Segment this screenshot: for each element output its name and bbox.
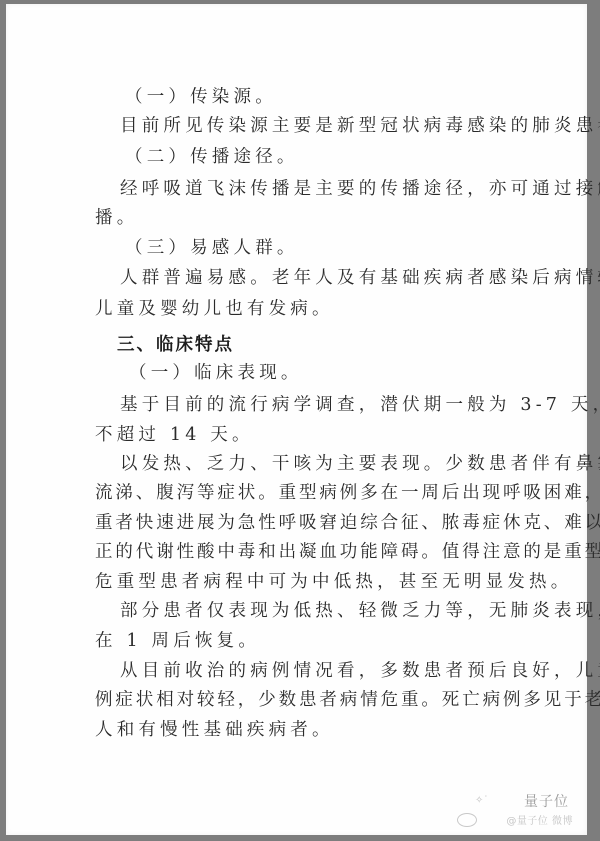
paragraph-line: 人群普遍易感。老年人及有基础疾病者感染后病情较重， [120, 267, 600, 289]
paragraph-line: 流涕、腹泻等症状。重型病例多在一周后出现呼吸困难，严 [95, 482, 600, 504]
paragraph-line: 人和有慢性基础疾病者。 [95, 719, 334, 741]
subsection-heading-clinical-manifestation: （一）临床表现。 [129, 362, 303, 384]
watermark-handle: @量子位 微博 [506, 812, 573, 827]
paragraph-line: 重者快速进展为急性呼吸窘迫综合征、脓毒症休克、难以纠 [95, 512, 600, 534]
subsection-heading-infection-source: （一）传染源。 [125, 86, 277, 108]
paragraph-line: 部分患者仅表现为低热、轻微乏力等，无肺炎表现，多 [120, 600, 600, 622]
subsection-heading-susceptible-population: （三）易感人群。 [125, 237, 299, 259]
watermark: ✧˙ 量子位 @量子位 微博 [455, 791, 573, 827]
watermark-title: 量子位 [524, 791, 569, 811]
paragraph-line: 正的代谢性酸中毒和出凝血功能障碍。值得注意的是重型、 [95, 541, 600, 563]
paragraph-line: 从目前收治的病例情况看，多数患者预后良好，儿童病 [120, 660, 600, 682]
weibo-icon [457, 813, 477, 827]
sparkle-icon: ✧˙ [475, 795, 495, 809]
paragraph-line: 目前所见传染源主要是新型冠状病毒感染的肺炎患者。 [120, 115, 600, 137]
subsection-heading-transmission-route: （二）传播途径。 [125, 146, 299, 168]
paragraph-line: 基于目前的流行病学调查，潜伏期一般为 3-7 天，最长 [120, 394, 600, 416]
paragraph-line: 播。 [95, 207, 138, 229]
paragraph-line: 危重型患者病程中可为中低热，甚至无明显发热。 [95, 571, 572, 593]
document-page: （一）传染源。 目前所见传染源主要是新型冠状病毒感染的肺炎患者。 （二）传播途径… [6, 4, 587, 835]
paragraph-line: 例症状相对较轻，少数患者病情危重。死亡病例多见于老年 [95, 689, 600, 711]
section-heading-clinical-features: 三、临床特点 [117, 334, 234, 356]
paragraph-line: 经呼吸道飞沫传播是主要的传播途径，亦可通过接触传 [120, 178, 600, 200]
paragraph-line: 在 1 周后恢复。 [95, 630, 260, 652]
paragraph-line: 以发热、乏力、干咳为主要表现。少数患者伴有鼻塞、 [120, 453, 600, 475]
paragraph-line: 不超过 14 天。 [95, 424, 254, 446]
paragraph-line: 儿童及婴幼儿也有发病。 [95, 298, 334, 320]
